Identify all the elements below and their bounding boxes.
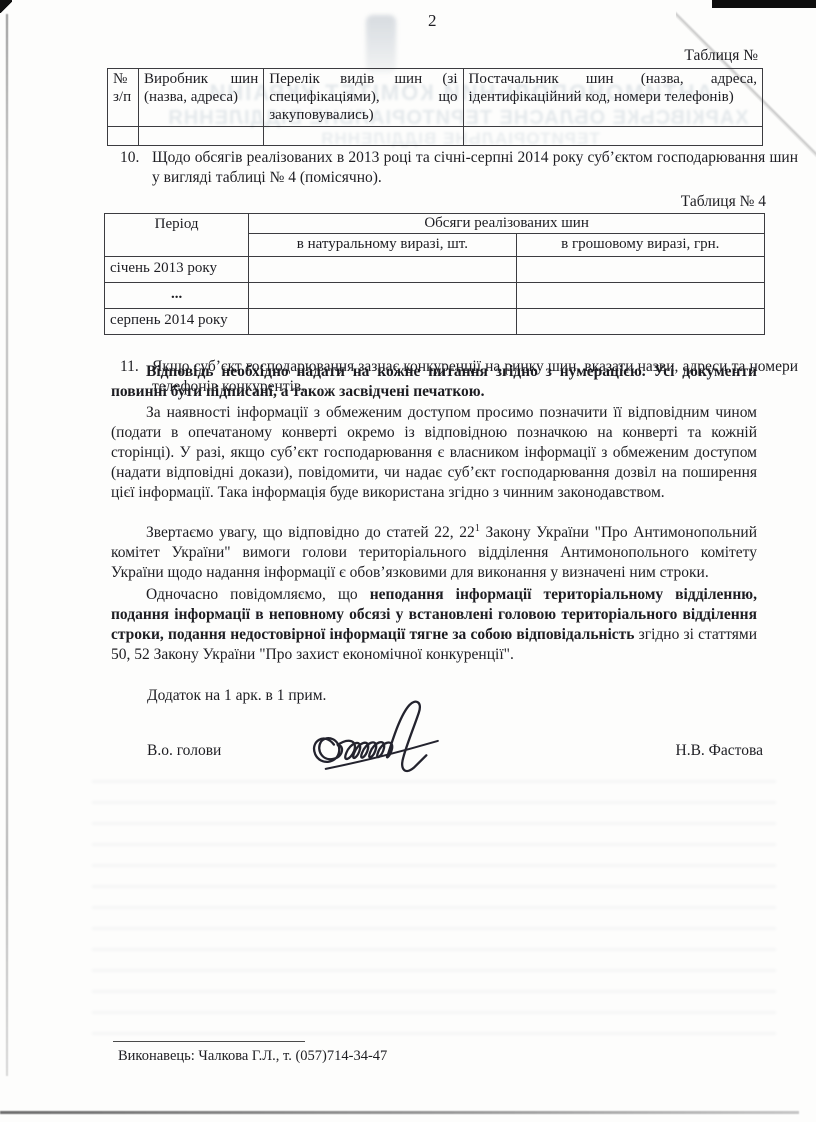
liability-paragraph: Одночасно повідомляємо, що неподання інф… [111, 585, 757, 665]
signer-position: В.о. голови [147, 742, 221, 760]
empty-cell [463, 127, 762, 146]
period-cell: січень 2013 року [105, 257, 249, 283]
empty-cell [516, 283, 764, 309]
empty-cell [249, 257, 516, 283]
bold-notice-paragraph: Відповідь необхідно надати на кожне пита… [111, 362, 757, 402]
executor-note: Виконавець: Чалкова Г.Л., т. (057)714-34… [118, 1048, 387, 1065]
empty-cell [108, 127, 139, 146]
sales-volume-table: Період Обсяги реалізованих шин в натурал… [104, 213, 765, 335]
attention-paragraph: Звертаємо увагу, що відповідно до статей… [111, 523, 757, 583]
empty-cell [264, 127, 463, 146]
signer-name: Н.В. Фастова [643, 742, 763, 760]
header-cell-manufacturer: Виробник шин (назва, адреса) [139, 69, 264, 127]
empty-cell [249, 283, 516, 309]
table4-row: ... [105, 283, 765, 309]
table-empty-row [108, 127, 763, 146]
period-cell: ... [105, 283, 249, 309]
volume-group-header-cell: Обсяги реалізованих шин [249, 214, 765, 234]
empty-cell [139, 127, 264, 146]
table4-caption: Таблиця № 4 [566, 193, 766, 211]
attention-text: Звертаємо увагу, що відповідно до статей… [146, 524, 475, 541]
tire-suppliers-table: № з/п Виробник шин (назва, адреса) Перел… [107, 68, 763, 146]
subheader-money-units: в грошовому виразі, грн. [516, 234, 764, 257]
empty-cell [516, 257, 764, 283]
attachment-note: Додаток на 1 арк. в 1 прим. [147, 687, 326, 705]
header-cell-number: № з/п [108, 69, 139, 127]
restricted-info-paragraph: За наявності інформації з обмеженим дост… [111, 403, 757, 503]
table-header-row: № з/п Виробник шин (назва, адреса) Перел… [108, 69, 763, 127]
signature-scribble [301, 696, 456, 797]
header-cell-supplier: Постачальник шин (назва, адреса, ідентиф… [463, 69, 762, 127]
table1-caption: Таблиця № [558, 47, 758, 65]
footer-divider [113, 1041, 305, 1042]
period-header-cell: Період [105, 214, 249, 257]
table4-row: серпень 2014 року [105, 309, 765, 335]
table4-group-header-row: Період Обсяги реалізованих шин [105, 214, 765, 234]
subheader-natural-units: в натуральному виразі, шт. [249, 234, 516, 257]
period-cell: серпень 2014 року [105, 309, 249, 335]
item-10: 10.Щодо обсягів реалізованих в 2013 році… [111, 148, 798, 188]
empty-cell [516, 309, 764, 335]
liability-text: Одночасно повідомляємо, що [146, 586, 370, 603]
page-number: 2 [428, 11, 437, 31]
item-10-number: 10. [120, 148, 139, 168]
scanned-document-page: АНТИМОНОПОЛЬНИЙ КОМІТЕТ УКРАЇНИ ХАРКІВСЬ… [0, 0, 816, 1122]
empty-cell [249, 309, 516, 335]
header-cell-tire-types: Перелік видів шин (зі специфікаціями), щ… [264, 69, 463, 127]
table4-row: січень 2013 року [105, 257, 765, 283]
item-10-text: Щодо обсягів реалізованих в 2013 році та… [152, 149, 798, 186]
